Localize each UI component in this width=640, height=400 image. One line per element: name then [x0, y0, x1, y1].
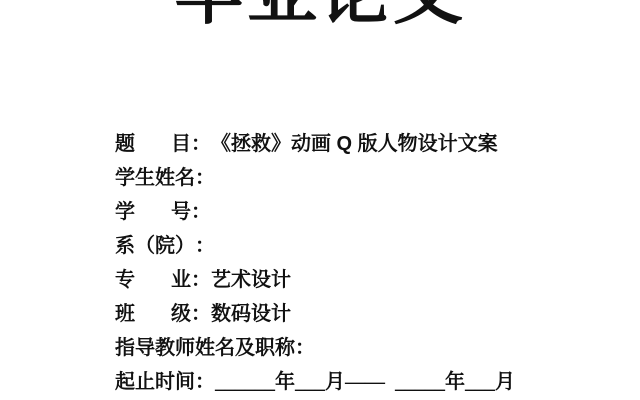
field-colon: ： [191, 195, 211, 229]
page-title: 毕业论文 [0, 0, 640, 30]
field-colon: ： [195, 365, 215, 399]
field-label: 专业 [115, 263, 191, 297]
field-label: 指导教师姓名及职称 [115, 331, 295, 365]
form-row: 班级：数码设计 [115, 297, 630, 331]
field-label: 学生姓名 [115, 161, 195, 195]
field-value: ______年___月—— _____年___月 [215, 365, 515, 399]
thesis-cover-page: 毕业论文 题目：《拯救》动画 Q 版人物设计文案学生姓名：学号：系（院）：专业：… [0, 0, 640, 400]
field-label-part: 目 [171, 127, 191, 161]
form-row: 系（院）： [115, 229, 630, 263]
field-colon: ： [191, 127, 211, 161]
field-colon: ： [195, 229, 215, 263]
field-colon: ： [295, 331, 315, 365]
form-row: 指导教师姓名及职称： [115, 331, 630, 365]
field-label-part: 班 [115, 297, 135, 331]
field-value: 数码设计 [211, 297, 291, 331]
field-label: 班级 [115, 297, 191, 331]
field-colon: ： [191, 297, 211, 331]
field-label: 系（院） [115, 229, 195, 263]
form-row: 起止时间：______年___月—— _____年___月 [115, 365, 630, 399]
field-value: 艺术设计 [211, 263, 291, 297]
field-label: 起止时间 [115, 365, 195, 399]
form-row: 学生姓名： [115, 161, 630, 195]
field-label-part: 题 [115, 127, 135, 161]
field-label-part: 号 [171, 195, 191, 229]
field-label-part: 学 [115, 195, 135, 229]
field-label: 题目 [115, 127, 191, 161]
form-row: 学号： [115, 195, 630, 229]
form: 题目：《拯救》动画 Q 版人物设计文案学生姓名：学号：系（院）：专业：艺术设计班… [115, 127, 630, 399]
field-value: 《拯救》动画 Q 版人物设计文案 [211, 127, 498, 161]
field-label-part: 业 [171, 263, 191, 297]
field-label: 学号 [115, 195, 191, 229]
form-row: 专业：艺术设计 [115, 263, 630, 297]
field-label-part: 专 [115, 263, 135, 297]
form-row: 题目：《拯救》动画 Q 版人物设计文案 [115, 127, 630, 161]
field-colon: ： [191, 263, 211, 297]
field-label-part: 级 [171, 297, 191, 331]
field-colon: ： [195, 161, 215, 195]
